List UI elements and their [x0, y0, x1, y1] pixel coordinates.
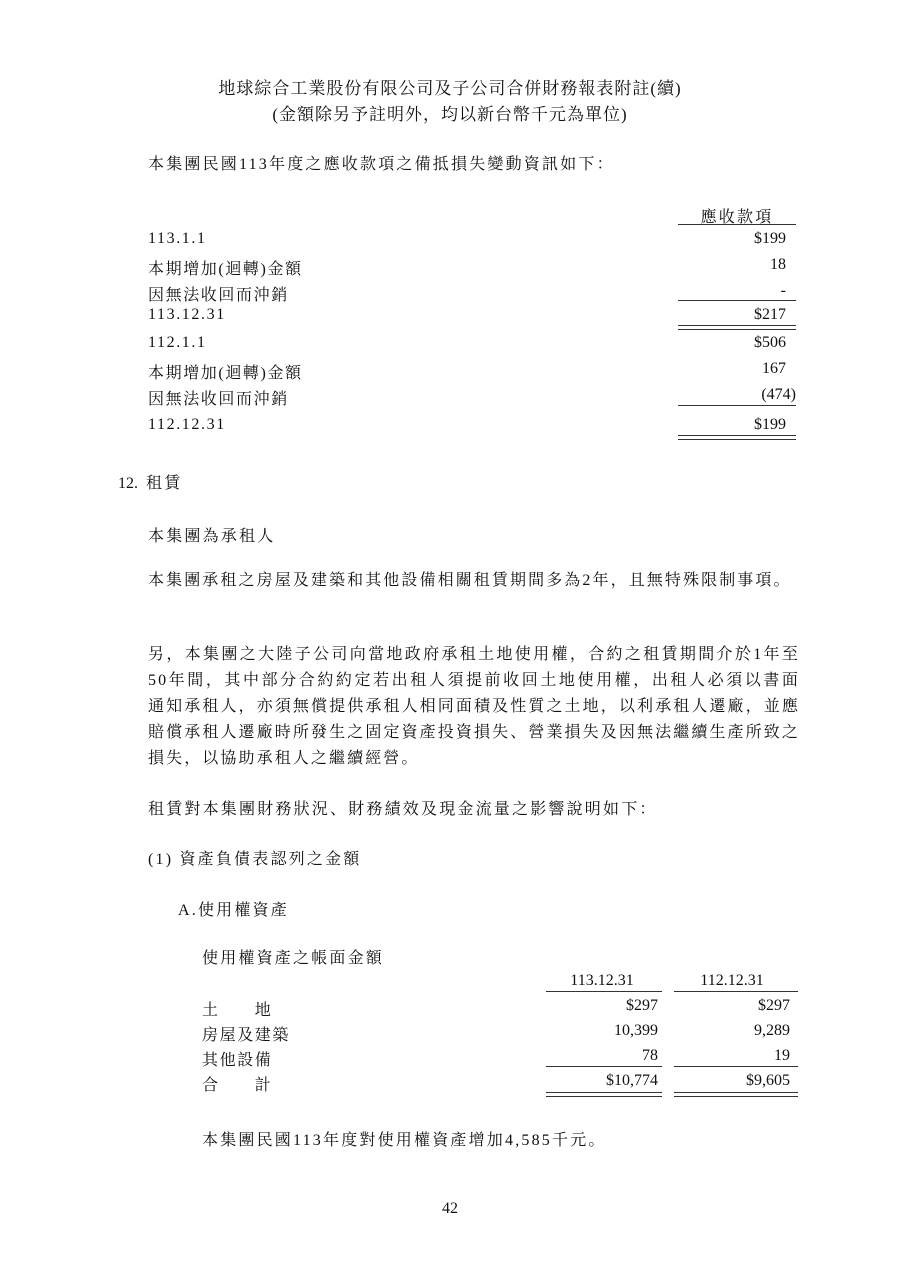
table-row-value: $199 — [678, 416, 786, 434]
total-double-rule — [674, 1092, 798, 1097]
table-row-label: 合 計 — [202, 1072, 272, 1095]
section-heading: 12. 租賃 — [118, 470, 182, 493]
table-row-label: 112.12.31 — [148, 416, 226, 434]
table-row-value: $297 — [546, 997, 658, 1015]
table-row-value: (474) — [678, 386, 796, 404]
table-row-label: 本期增加(迴轉)金額 — [148, 360, 303, 383]
table-row-label: 本期增加(迴轉)金額 — [148, 256, 303, 279]
subtotal-rule — [674, 1066, 798, 1067]
table-row-value: $199 — [678, 230, 786, 248]
lease-paragraph-3: 租賃對本集團財務狀況、財務績效及現金流量之影響說明如下： — [148, 796, 658, 819]
section-number: 12. — [118, 475, 138, 492]
subsection-1-title: (1) 資產負債表認列之金額 — [148, 846, 361, 869]
table-row-value: 10,399 — [546, 1022, 658, 1040]
lease-paragraph-2: 另，本集團之大陸子公司向當地政府承租土地使用權，合約之租賃期間介於1年至50年間… — [148, 642, 800, 772]
subtotal-rule — [546, 1066, 662, 1067]
rou-table-title: 使用權資產之帳面金額 — [202, 945, 384, 968]
rou-increase-note: 本集團民國113年度對使用權資產增加4,585千元。 — [202, 1127, 607, 1150]
table-row-value: - — [678, 282, 786, 300]
table-row-label: 因無法收回而沖銷 — [148, 386, 289, 409]
table-row-value: $9,605 — [674, 1072, 790, 1090]
lease-paragraph-1: 本集團承租之房屋及建築和其他設備相關租賃期間多為2年，且無特殊限制事項。 — [148, 568, 800, 594]
header-rule — [678, 224, 796, 225]
table-row-value: $217 — [678, 306, 786, 324]
report-subtitle: (金額除另予註明外，均以新台幣千元為單位) — [0, 100, 900, 125]
table-row-label: 因無法收回而沖銷 — [148, 282, 289, 305]
table-row-value: 167 — [678, 360, 786, 378]
total-double-rule — [678, 325, 796, 330]
table-row-label: 房屋及建築 — [202, 1022, 290, 1045]
lessee-title: 本集團為承租人 — [148, 523, 275, 546]
table-row-label: 113.12.31 — [148, 306, 226, 324]
total-double-rule — [678, 435, 796, 440]
allowance-intro: 本集團民國113年度之應收款項之備抵損失變動資訊如下： — [148, 151, 615, 174]
table-row-value: 18 — [678, 256, 786, 274]
table-row-value: $297 — [674, 997, 790, 1015]
header-rule — [546, 991, 662, 992]
section-title: 租賃 — [146, 475, 182, 492]
column-header-112: 112.12.31 — [674, 972, 790, 990]
table-row-label: 土 地 — [202, 997, 272, 1020]
column-header-113: 113.12.31 — [546, 972, 658, 990]
table-row-value: 9,289 — [674, 1022, 790, 1040]
header-rule — [674, 991, 798, 992]
table-row-value: 19 — [674, 1047, 790, 1065]
subtotal-rule — [678, 300, 796, 301]
table-row-label: 其他設備 — [202, 1047, 272, 1070]
table-row-value: 78 — [546, 1047, 658, 1065]
table-row-label: 112.1.1 — [148, 334, 207, 352]
subsection-a-title: A.使用權資產 — [178, 897, 289, 920]
table-row-value: $10,774 — [546, 1072, 658, 1090]
page-number: 42 — [0, 1200, 900, 1218]
table-row-value: $506 — [678, 334, 786, 352]
table-row-label: 113.1.1 — [148, 230, 207, 248]
total-double-rule — [546, 1092, 662, 1097]
subtotal-rule — [678, 405, 796, 406]
report-title: 地球綜合工業股份有限公司及子公司合併財務報表附註(續) — [0, 74, 900, 99]
